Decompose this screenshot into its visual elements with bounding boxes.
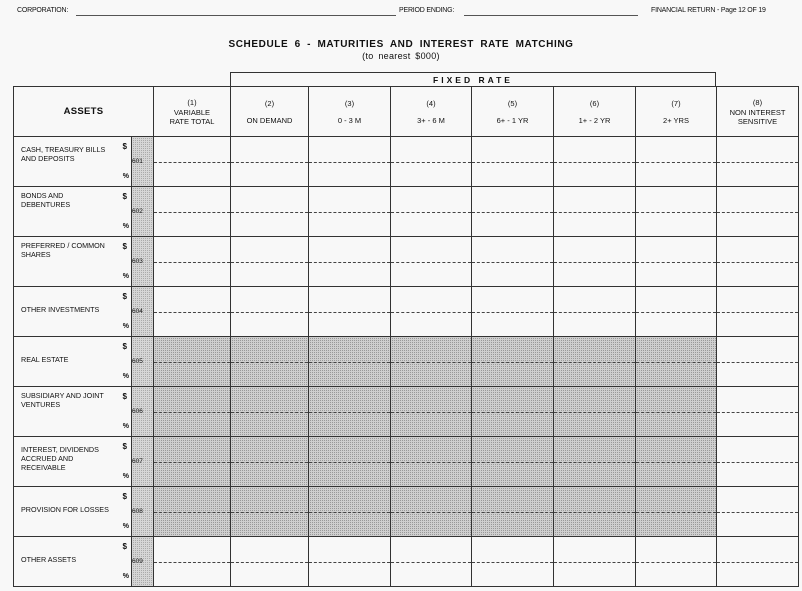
entry-cell-col-8[interactable] [717,537,799,587]
row-label: REAL ESTATE [21,355,111,364]
dollar-percent-divider [554,262,635,263]
dollar-percent-divider [309,312,390,313]
dollar-percent-divider [472,212,553,213]
dollar-percent-divider [309,212,390,213]
dollar-percent-divider [717,512,798,513]
row-label-cell: PREFERRED / COMMON SHARES $ % [14,237,132,287]
percent-unit: % [123,322,129,331]
entry-cell-col-2 [231,387,309,437]
dollar-percent-divider [636,212,716,213]
dollar-percent-divider [154,162,230,163]
dollar-percent-divider [717,212,798,213]
entry-cell-col-5[interactable] [472,187,554,237]
dollar-percent-divider [309,362,390,363]
col-7-header: (7)2+ YRS [636,87,717,137]
dollar-percent-divider [391,562,471,563]
col-1-number: (1) [154,98,230,107]
dollar-percent-divider [636,412,716,413]
row-label-cell: CASH, TREASURY BILLS AND DEPOSITS $ % [14,137,132,187]
entry-cell-col-3 [309,387,391,437]
entry-cell-col-8[interactable] [717,337,799,387]
dollar-percent-divider [472,562,553,563]
dollar-percent-divider [391,162,471,163]
row-label: SUBSIDIARY AND JOINT VENTURES [21,391,111,409]
entry-cell-col-2[interactable] [231,537,309,587]
col-5-label: 6+ - 1 YR [472,116,553,125]
row-label: PREFERRED / COMMON SHARES [21,241,111,259]
entry-cell-col-4 [391,437,472,487]
dollar-unit: $ [123,342,127,351]
entry-cell-col-5[interactable] [472,237,554,287]
entry-cell-col-7[interactable] [636,537,717,587]
dollar-percent-divider [154,412,230,413]
dollar-percent-divider [231,212,308,213]
entry-cell-col-2 [231,337,309,387]
table-row: PROVISION FOR LOSSES $ % 608 [14,487,799,537]
percent-unit: % [123,522,129,531]
fixed-rate-header: FIXED RATE [230,72,716,86]
col-8-number: (8) [717,98,798,107]
line-code: 606 [132,387,154,437]
dollar-percent-divider [717,562,798,563]
col-2-label: ON DEMAND [231,116,308,125]
dollar-percent-divider [231,362,308,363]
dollar-percent-divider [391,362,471,363]
entry-cell-col-8[interactable] [717,487,799,537]
dollar-percent-divider [717,362,798,363]
schedule-title: SCHEDULE 6 - MATURITIES AND INTEREST RAT… [0,39,802,50]
dollar-percent-divider [554,412,635,413]
dollar-percent-divider [717,162,798,163]
entry-cell-col-2 [231,437,309,487]
entry-cell-col-5 [472,437,554,487]
entry-cell-col-7 [636,437,717,487]
col-6-header: (6)1+ - 2 YR [554,87,636,137]
entry-cell-col-3 [309,337,391,387]
period-ending-field[interactable] [464,15,638,16]
entry-cell-col-8[interactable] [717,287,799,337]
entry-cell-col-1 [154,337,231,387]
entry-cell-col-3[interactable] [309,187,391,237]
entry-cell-col-1[interactable] [154,187,231,237]
row-label: INTEREST, DIVIDENDS ACCRUED AND RECEIVAB… [21,445,111,472]
entry-cell-col-2 [231,487,309,537]
entry-cell-col-8[interactable] [717,437,799,487]
dollar-percent-divider [554,162,635,163]
entry-cell-col-8[interactable] [717,237,799,287]
col-7-number: (7) [636,99,716,108]
line-code: 603 [132,237,154,287]
table-row: PREFERRED / COMMON SHARES $ % 603 [14,237,799,287]
entry-cell-col-5[interactable] [472,537,554,587]
entry-cell-col-6[interactable] [554,537,636,587]
maturities-table: ASSETS (1)VARIABLE RATE TOTAL (2)ON DEMA… [13,86,799,587]
row-label: BONDS AND DEBENTURES [21,191,111,209]
dollar-percent-divider [717,262,798,263]
entry-cell-col-8[interactable] [717,187,799,237]
dollar-unit: $ [123,442,127,451]
dollar-percent-divider [309,162,390,163]
entry-cell-col-5 [472,487,554,537]
entry-cell-col-1[interactable] [154,237,231,287]
dollar-percent-divider [472,312,553,313]
dollar-percent-divider [231,312,308,313]
dollar-percent-divider [636,262,716,263]
col-8-header: (8)NON INTEREST SENSITIVE [717,87,799,137]
entry-cell-col-3 [309,487,391,537]
corporation-field[interactable] [76,15,396,16]
assets-header: ASSETS [14,87,154,137]
entry-cell-col-6[interactable] [554,287,636,337]
col-4-label: 3+ - 6 M [391,116,471,125]
dollar-percent-divider [717,312,798,313]
entry-cell-col-6[interactable] [554,237,636,287]
line-code: 605 [132,337,154,387]
entry-cell-col-2[interactable] [231,187,309,237]
entry-cell-col-8[interactable] [717,137,799,187]
dollar-percent-divider [554,312,635,313]
entry-cell-col-5 [472,387,554,437]
header-row: ASSETS (1)VARIABLE RATE TOTAL (2)ON DEMA… [14,87,799,137]
row-label: OTHER INVESTMENTS [21,305,111,314]
dollar-percent-divider [309,262,390,263]
entry-cell-col-4[interactable] [391,537,472,587]
dollar-percent-divider [636,162,716,163]
percent-unit: % [123,572,129,581]
dollar-percent-divider [717,412,798,413]
dollar-percent-divider [636,312,716,313]
entry-cell-col-7[interactable] [636,137,717,187]
col-6-number: (6) [554,99,635,108]
col-5-header: (5)6+ - 1 YR [472,87,554,137]
dollar-percent-divider [309,412,390,413]
entry-cell-col-5[interactable] [472,137,554,187]
entry-cell-col-6[interactable] [554,137,636,187]
entry-cell-col-4[interactable] [391,137,472,187]
dollar-percent-divider [231,462,308,463]
line-code: 609 [132,537,154,587]
dollar-percent-divider [391,212,471,213]
table-row: OTHER INVESTMENTS $ % 604 [14,287,799,337]
entry-cell-col-4[interactable] [391,237,472,287]
dollar-percent-divider [154,462,230,463]
dollar-percent-divider [472,412,553,413]
percent-unit: % [123,222,129,231]
dollar-percent-divider [391,512,471,513]
dollar-percent-divider [391,312,471,313]
entry-cell-col-5[interactable] [472,287,554,337]
line-code: 604 [132,287,154,337]
dollar-percent-divider [231,412,308,413]
dollar-unit: $ [123,292,127,301]
dollar-percent-divider [472,262,553,263]
entry-cell-col-1[interactable] [154,137,231,187]
entry-cell-col-4 [391,487,472,537]
row-label-cell: OTHER INVESTMENTS $ % [14,287,132,337]
table-row: CASH, TREASURY BILLS AND DEPOSITS $ % 60… [14,137,799,187]
dollar-percent-divider [309,562,390,563]
dollar-percent-divider [231,512,308,513]
dollar-percent-divider [391,262,471,263]
dollar-percent-divider [154,262,230,263]
percent-unit: % [123,272,129,281]
entry-cell-col-1 [154,487,231,537]
table-row: SUBSIDIARY AND JOINT VENTURES $ % 606 [14,387,799,437]
row-label-cell: PROVISION FOR LOSSES $ % [14,487,132,537]
dollar-percent-divider [554,462,635,463]
line-code: 602 [132,187,154,237]
entry-cell-col-6 [554,387,636,437]
entry-cell-col-2[interactable] [231,287,309,337]
page-info: FINANCIAL RETURN - Page 12 OF 19 [651,7,766,14]
row-label-cell: BONDS AND DEBENTURES $ % [14,187,132,237]
entry-cell-col-4[interactable] [391,287,472,337]
dollar-percent-divider [636,362,716,363]
col-2-number: (2) [231,99,308,108]
dollar-percent-divider [472,162,553,163]
entry-cell-col-2[interactable] [231,137,309,187]
entry-cell-col-4[interactable] [391,187,472,237]
dollar-percent-divider [472,512,553,513]
dollar-percent-divider [391,462,471,463]
dollar-percent-divider [309,512,390,513]
dollar-percent-divider [554,512,635,513]
dollar-percent-divider [231,262,308,263]
entry-cell-col-4 [391,337,472,387]
row-label: OTHER ASSETS [21,555,111,564]
col-3-number: (3) [309,99,390,108]
entry-cell-col-7 [636,387,717,437]
percent-unit: % [123,422,129,431]
line-code: 608 [132,487,154,537]
entry-cell-col-2[interactable] [231,237,309,287]
col-1-label: VARIABLE RATE TOTAL [167,108,217,126]
row-label: CASH, TREASURY BILLS AND DEPOSITS [21,145,111,163]
entry-cell-col-7[interactable] [636,187,717,237]
entry-cell-col-3[interactable] [309,237,391,287]
dollar-percent-divider [636,512,716,513]
entry-cell-col-6[interactable] [554,187,636,237]
col-4-header: (4)3+ - 6 M [391,87,472,137]
dollar-percent-divider [472,462,553,463]
period-ending-label: PERIOD ENDING: [399,7,454,14]
entry-cell-col-8[interactable] [717,387,799,437]
entry-cell-col-6 [554,337,636,387]
entry-cell-col-3[interactable] [309,287,391,337]
entry-cell-col-3 [309,437,391,487]
entry-cell-col-1 [154,437,231,487]
dollar-percent-divider [554,562,635,563]
entry-cell-col-7 [636,487,717,537]
row-label-cell: REAL ESTATE $ % [14,337,132,387]
line-code: 607 [132,437,154,487]
entry-cell-col-7[interactable] [636,237,717,287]
row-label-cell: SUBSIDIARY AND JOINT VENTURES $ % [14,387,132,437]
dollar-percent-divider [391,412,471,413]
percent-unit: % [123,372,129,381]
dollar-unit: $ [123,542,127,551]
corporation-label: CORPORATION: [17,7,68,14]
table-row: BONDS AND DEBENTURES $ % 602 [14,187,799,237]
dollar-unit: $ [123,392,127,401]
dollar-percent-divider [231,562,308,563]
dollar-percent-divider [154,362,230,363]
dollar-percent-divider [154,212,230,213]
dollar-percent-divider [472,362,553,363]
dollar-unit: $ [123,242,127,251]
dollar-unit: $ [123,492,127,501]
row-label-cell: OTHER ASSETS $ % [14,537,132,587]
dollar-percent-divider [717,462,798,463]
dollar-unit: $ [123,192,127,201]
col-7-label: 2+ YRS [636,116,716,125]
dollar-percent-divider [154,562,230,563]
percent-unit: % [123,172,129,181]
col-1-header: (1)VARIABLE RATE TOTAL [154,87,231,137]
entry-cell-col-1[interactable] [154,287,231,337]
dollar-percent-divider [231,162,308,163]
dollar-percent-divider [554,362,635,363]
dollar-percent-divider [154,312,230,313]
entry-cell-col-7[interactable] [636,287,717,337]
col-4-number: (4) [391,99,471,108]
col-5-number: (5) [472,99,553,108]
entry-cell-col-1[interactable] [154,537,231,587]
table-row: OTHER ASSETS $ % 609 [14,537,799,587]
entry-cell-col-5 [472,337,554,387]
schedule-subtitle: (to nearest $000) [0,51,802,61]
table-row: REAL ESTATE $ % 605 [14,337,799,387]
entry-cell-col-6 [554,487,636,537]
col-2-header: (2)ON DEMAND [231,87,309,137]
line-code: 601 [132,137,154,187]
col-8-label: NON INTEREST SENSITIVE [725,108,791,126]
dollar-percent-divider [636,462,716,463]
dollar-percent-divider [554,212,635,213]
table-row: INTEREST, DIVIDENDS ACCRUED AND RECEIVAB… [14,437,799,487]
row-label-cell: INTEREST, DIVIDENDS ACCRUED AND RECEIVAB… [14,437,132,487]
col-3-header: (3)0 - 3 M [309,87,391,137]
percent-unit: % [123,472,129,481]
col-6-label: 1+ - 2 YR [554,116,635,125]
entry-cell-col-3[interactable] [309,137,391,187]
entry-cell-col-4 [391,387,472,437]
col-3-label: 0 - 3 M [309,116,390,125]
entry-cell-col-3[interactable] [309,537,391,587]
dollar-percent-divider [636,562,716,563]
entry-cell-col-1 [154,387,231,437]
dollar-percent-divider [309,462,390,463]
dollar-percent-divider [154,512,230,513]
dollar-unit: $ [123,142,127,151]
entry-cell-col-6 [554,437,636,487]
row-label: PROVISION FOR LOSSES [21,505,131,514]
entry-cell-col-7 [636,337,717,387]
